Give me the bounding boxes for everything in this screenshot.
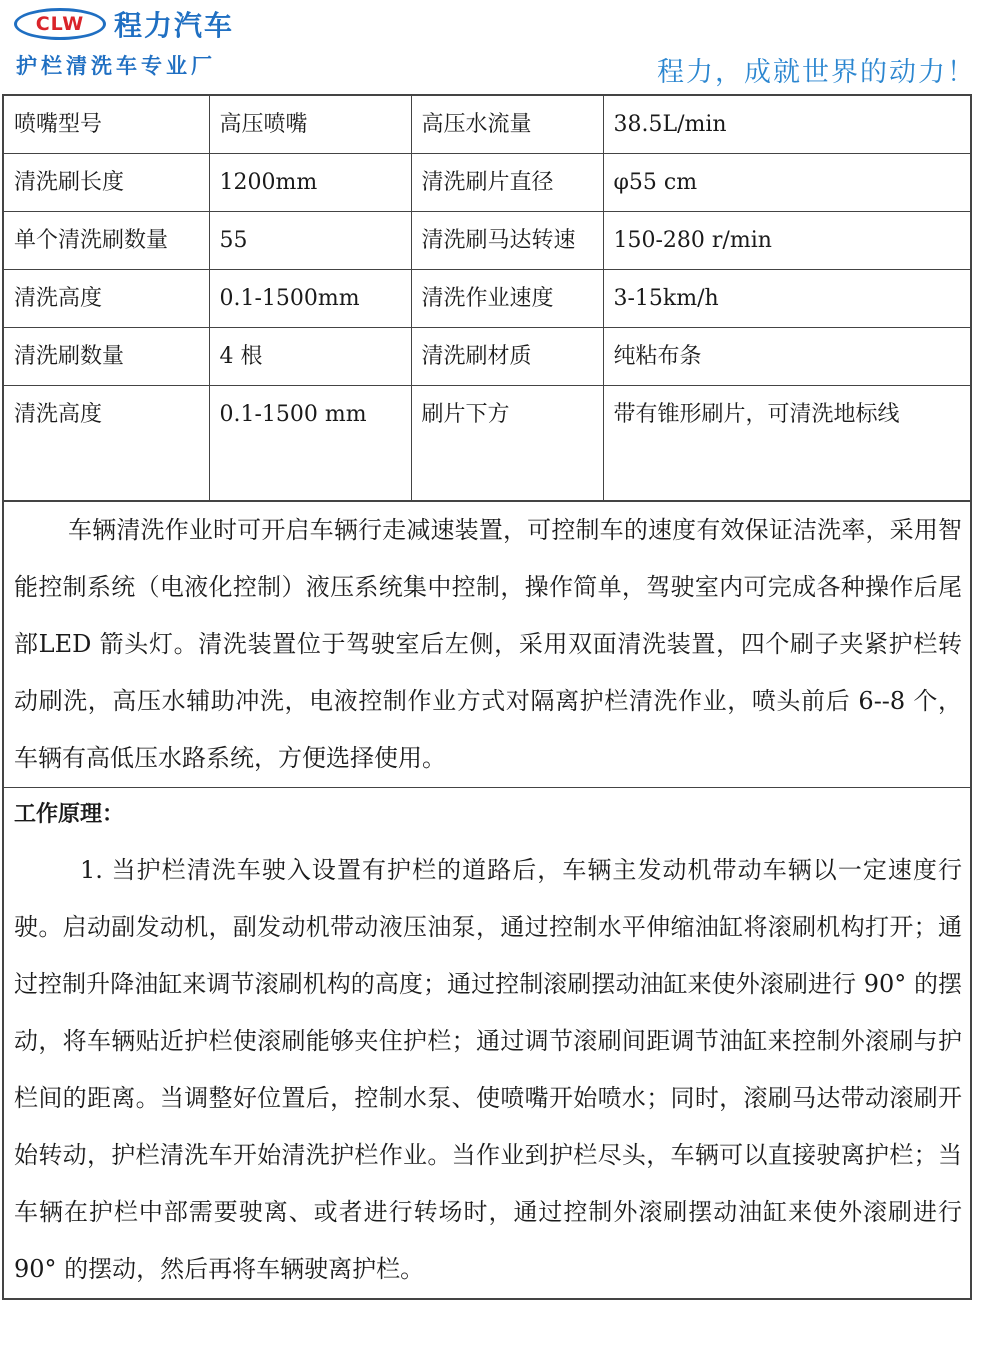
description-section: 车辆清洗作业时可开启车辆行走减速装置，可控制车的速度有效保证洁洗率，采用智能控制… [4,501,970,787]
table-row: 清洗高度 0.1-1500 mm 刷片下方 带有锥形刷片，可清洗地标线 [4,386,970,501]
spec-value: φ55 cm [603,154,970,212]
brand-logo: CLW 程力汽车 [14,4,234,44]
spec-value: 1200mm [209,154,411,212]
description-text: 车辆清洗作业时可开启车辆行走减速装置，可控制车的速度有效保证洁洗率，采用智能控制… [14,502,962,787]
spec-label: 刷片下方 [411,386,603,501]
spec-value: 3-15km/h [603,270,970,328]
logo-text: CLW [36,13,85,35]
table-row: 单个清洗刷数量 55 清洗刷马达转速 150-280 r/min [4,212,970,270]
working-principle-section: 工作原理： 1. 当护栏清洗车驶入设置有护栏的道路后，车辆主发动机带动车辆以一定… [4,787,970,1298]
spec-document: 喷嘴型号 高压喷嘴 高压水流量 38.5L/min 清洗刷长度 1200mm 清… [2,94,972,1300]
spec-value: 4 根 [209,328,411,386]
spec-value: 150-280 r/min [603,212,970,270]
spec-label: 清洗作业速度 [411,270,603,328]
table-row: 清洗刷数量 4 根 清洗刷材质 纯粘布条 [4,328,970,386]
table-row: 清洗刷长度 1200mm 清洗刷片直径 φ55 cm [4,154,970,212]
spec-label: 清洗刷长度 [4,154,209,212]
spec-value: 高压喷嘴 [209,96,411,154]
clw-logo-icon: CLW [14,8,106,40]
table-row: 喷嘴型号 高压喷嘴 高压水流量 38.5L/min [4,96,970,154]
spec-value: 0.1-1500mm [209,270,411,328]
page-header: CLW 程力汽车 护栏清洗车专业厂 程力，成就世界的动力！ [0,0,1000,92]
spec-label: 清洗刷数量 [4,328,209,386]
spec-value: 带有锥形刷片，可清洗地标线 [603,386,970,501]
section-title: 工作原理： [14,788,962,842]
spec-value: 55 [209,212,411,270]
spec-label: 清洗刷材质 [411,328,603,386]
spec-value: 纯粘布条 [603,328,970,386]
working-principle-text: 1. 当护栏清洗车驶入设置有护栏的道路后，车辆主发动机带动车辆以一定速度行驶。启… [14,842,962,1298]
spec-label: 清洗刷马达转速 [411,212,603,270]
spec-table: 喷嘴型号 高压喷嘴 高压水流量 38.5L/min 清洗刷长度 1200mm 清… [4,96,970,501]
brand-name: 程力汽车 [114,4,234,44]
spec-label: 喷嘴型号 [4,96,209,154]
spec-value: 0.1-1500 mm [209,386,411,501]
company-subtitle: 护栏清洗车专业厂 [16,50,216,80]
spec-label: 清洗高度 [4,270,209,328]
spec-label: 单个清洗刷数量 [4,212,209,270]
spec-value: 38.5L/min [603,96,970,154]
slogan: 程力，成就世界的动力！ [657,50,976,89]
table-row: 清洗高度 0.1-1500mm 清洗作业速度 3-15km/h [4,270,970,328]
spec-label: 高压水流量 [411,96,603,154]
spec-label: 清洗刷片直径 [411,154,603,212]
spec-label: 清洗高度 [4,386,209,501]
